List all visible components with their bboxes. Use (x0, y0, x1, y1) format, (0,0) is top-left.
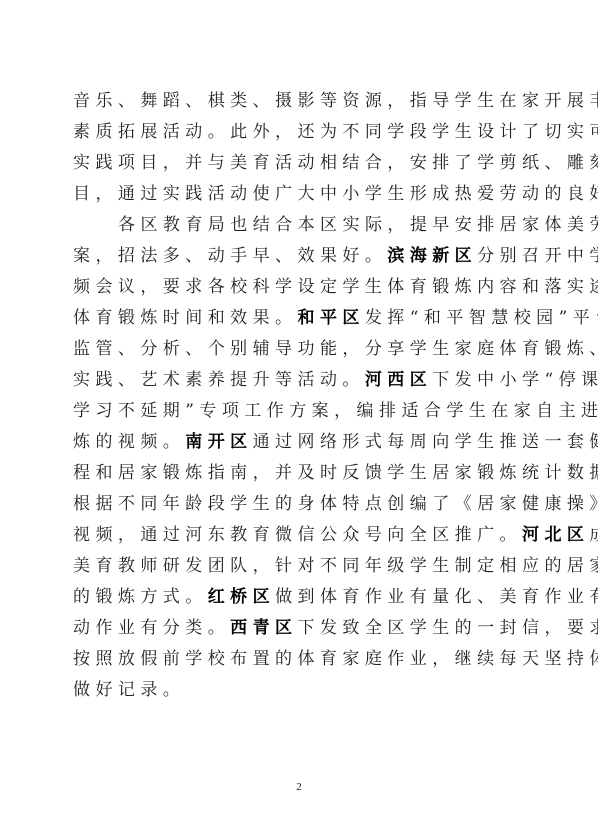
district-name: 南开区 (185, 432, 252, 452)
text-run: 做好记录。 (73, 680, 185, 700)
paragraph: 音乐、舞蹈、棋类、摄影等资源，指导学生在家开展丰富多彩的素质拓展活动。此外，还为… (73, 86, 533, 210)
district-name: 西青区 (230, 618, 297, 638)
text-run: 案，招法多、动手早、效果好。 (73, 246, 387, 266)
text-line: 视频，通过河东教育微信公众号向全区推广。河北区成立体育、 (73, 520, 533, 551)
text-line: 做好记录。 (73, 675, 533, 706)
text-run: 频会议，要求各校科学设定学生体育锻炼内容和落实途径，保证 (73, 277, 598, 297)
text-run: 音乐、舞蹈、棋类、摄影等资源，指导学生在家开展丰富多彩的 (73, 91, 598, 111)
text-run: 下发中小学“停课不停学、 (432, 370, 598, 390)
text-line: 实践、艺术素养提升等活动。河西区下发中小学“停课不停学、 (73, 365, 533, 396)
text-line: 案，招法多、动手早、效果好。滨海新区分别召开中学、小学视 (73, 241, 533, 272)
text-line: 音乐、舞蹈、棋类、摄影等资源，指导学生在家开展丰富多彩的 (73, 86, 533, 117)
text-line: 的锻炼方式。红桥区做到体育作业有量化、美育作业有主题、劳 (73, 582, 533, 613)
text-run: 通过网络形式每周向学生推送一套健康知识课 (253, 432, 598, 452)
document-page: 音乐、舞蹈、棋类、摄影等资源，指导学生在家开展丰富多彩的素质拓展活动。此外，还为… (0, 0, 598, 837)
text-run: 成立体育、 (589, 525, 598, 545)
text-run: 下发致全区学生的一封信，要求学生自觉 (298, 618, 598, 638)
text-line: 美育教师研发团队，针对不同年级学生制定相应的居家强身健体 (73, 551, 533, 582)
text-run: 实践项目，并与美育活动相结合，安排了学剪纸、雕刻练习等项 (73, 153, 598, 173)
text-line: 根据不同年龄段学生的身体特点创编了《居家健康操》，并录制 (73, 489, 533, 520)
text-run: 根据不同年龄段学生的身体特点创编了《居家健康操》，并录制 (73, 494, 598, 514)
text-run: 学习不延期”专项工作方案，编排适合学生在家自主进行体育锻 (73, 401, 598, 421)
district-name: 红桥区 (208, 587, 275, 607)
text-run: 各区教育局也结合本区实际，提早安排居家体美劳活动方 (118, 215, 598, 235)
text-run: 发挥“和平智慧校园”平台的推送、 (365, 308, 598, 328)
text-run: 视频，通过河东教育微信公众号向全区推广。 (73, 525, 522, 545)
page-number: 2 (0, 781, 598, 793)
text-run: 分别召开中学、小学视 (477, 246, 598, 266)
district-name: 河西区 (365, 370, 432, 390)
text-line: 各区教育局也结合本区实际，提早安排居家体美劳活动方 (73, 210, 533, 241)
text-run: 按照放假前学校布置的体育家庭作业，继续每天坚持体育锻炼并 (73, 649, 598, 669)
text-run: 监管、分析、个别辅导功能，分享学生家庭体育锻炼、家务劳动 (73, 339, 598, 359)
text-run: 做到体育作业有量化、美育作业有主题、劳 (275, 587, 598, 607)
text-line: 频会议，要求各校科学设定学生体育锻炼内容和落实途径，保证 (73, 272, 533, 303)
district-name: 滨海新区 (387, 246, 477, 266)
district-name: 河北区 (522, 525, 589, 545)
text-run: 体育锻炼时间和效果。 (73, 308, 298, 328)
text-line: 学习不延期”专项工作方案，编排适合学生在家自主进行体育锻 (73, 396, 533, 427)
text-run: 素质拓展活动。此外，还为不同学段学生设计了切实可行的劳动 (73, 122, 598, 142)
text-line: 炼的视频。南开区通过网络形式每周向学生推送一套健康知识课 (73, 427, 533, 458)
text-line: 监管、分析、个别辅导功能，分享学生家庭体育锻炼、家务劳动 (73, 334, 533, 365)
text-line: 目，通过实践活动使广大中小学生形成热爱劳动的良好习惯。 (73, 179, 533, 210)
text-run: 目，通过实践活动使广大中小学生形成热爱劳动的良好习惯。 (73, 184, 598, 204)
text-line: 体育锻炼时间和效果。和平区发挥“和平智慧校园”平台的推送、 (73, 303, 533, 334)
text-line: 程和居家锻炼指南，并及时反馈学生居家锻炼统计数据。河东区 (73, 458, 533, 489)
text-line: 实践项目，并与美育活动相结合，安排了学剪纸、雕刻练习等项 (73, 148, 533, 179)
text-run: 动作业有分类。 (73, 618, 230, 638)
text-run: 美育教师研发团队，针对不同年级学生制定相应的居家强身健体 (73, 556, 598, 576)
text-run: 炼的视频。 (73, 432, 185, 452)
text-line: 按照放假前学校布置的体育家庭作业，继续每天坚持体育锻炼并 (73, 644, 533, 675)
text-run: 程和居家锻炼指南，并及时反馈学生居家锻炼统计数据。 (73, 463, 598, 483)
body-text: 音乐、舞蹈、棋类、摄影等资源，指导学生在家开展丰富多彩的素质拓展活动。此外，还为… (73, 86, 533, 706)
text-line: 素质拓展活动。此外，还为不同学段学生设计了切实可行的劳动 (73, 117, 533, 148)
text-run: 实践、艺术素养提升等活动。 (73, 370, 365, 390)
paragraph: 各区教育局也结合本区实际，提早安排居家体美劳活动方案，招法多、动手早、效果好。滨… (73, 210, 533, 706)
text-line: 动作业有分类。西青区下发致全区学生的一封信，要求学生自觉 (73, 613, 533, 644)
district-name: 和平区 (298, 308, 365, 328)
text-run: 的锻炼方式。 (73, 587, 208, 607)
